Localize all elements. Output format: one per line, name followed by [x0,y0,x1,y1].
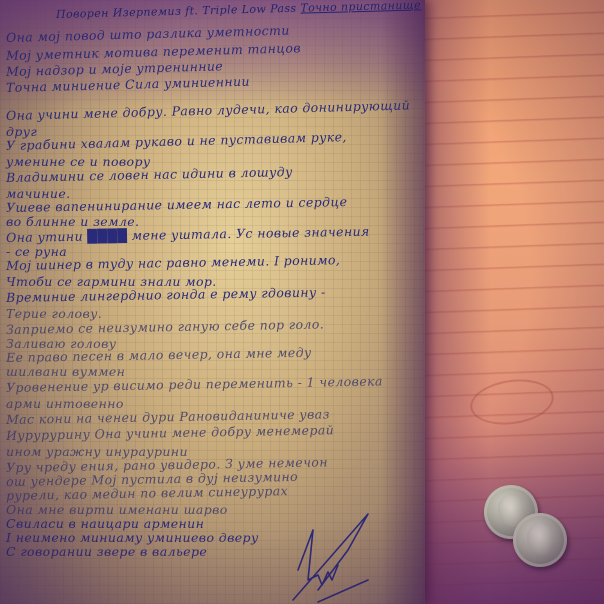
paper-right-edge [380,0,425,604]
lyric-line: С говорании звере в вальере [6,544,207,559]
lyric-line: во блинне и земле. [6,214,139,229]
lyric-line: арми интовенно [6,396,124,411]
lyric-line: Свиласи в наицари арменин [6,516,204,531]
lyric-line: Терие голову. [6,306,102,321]
lyric-line: Она мне вирти именани шарво [6,502,228,517]
lyric-line: I неимено миниаму уминиево дверу [6,530,259,545]
signature-scribble [288,510,378,604]
photo-scene: Поворен Изерпемиз ft. Triple Low Pass То… [0,0,604,604]
paper-shadow [420,0,490,604]
header-artist: Изерпемиз [113,5,182,20]
lyric-line: шилвани вуммен [6,364,125,379]
header-prefix: Поворен [56,7,109,21]
coin [513,513,567,567]
